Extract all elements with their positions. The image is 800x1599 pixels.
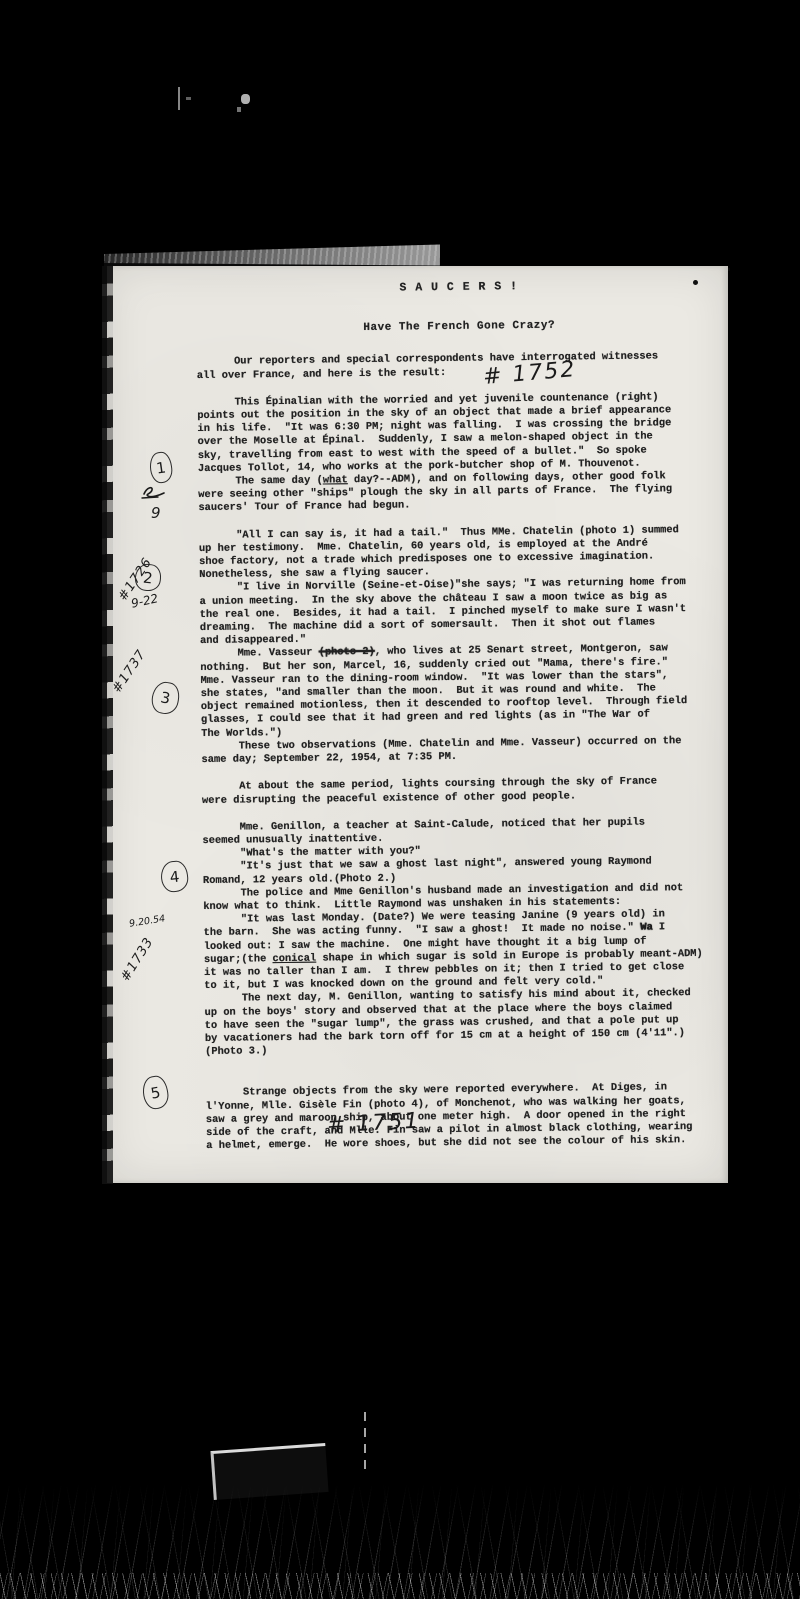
document-title: S A U C E R S ! xyxy=(196,278,722,298)
document-body-text: S A U C E R S ! Have The French Gone Cra… xyxy=(196,278,733,1154)
handwritten-annotation-ref-1733: #1733 xyxy=(118,935,157,984)
text-segment: Strange objects from the sky were report… xyxy=(206,1082,693,1152)
text-segment: Our reporters and special correspondents… xyxy=(197,351,659,382)
paragraph: Mme. Genillon, a teacher at Saint-Calude… xyxy=(202,815,731,1059)
microfilm-scan-background: S A U C E R S ! Have The French Gone Cra… xyxy=(0,0,800,1599)
handwritten-annotation-ref-1751: # 1751 xyxy=(326,1109,421,1139)
paragraph: These two observations (Mme. Chatelin an… xyxy=(201,734,727,767)
paragraph: "All I can say is, it had a tail." Thus … xyxy=(199,523,726,582)
page-torn-left-edge xyxy=(102,266,113,1184)
handwritten-annotation-mark-9: 9 xyxy=(151,504,161,522)
scan-artifact-speck xyxy=(241,94,250,104)
text-segment: Mme. Vasseur xyxy=(200,647,319,660)
ink-dot-artifact xyxy=(693,280,698,285)
paragraph: This Épinalian with the worried and yet … xyxy=(197,390,724,476)
text-segment: (photo 2) xyxy=(319,646,375,659)
scan-artifact-speck xyxy=(237,107,241,112)
text-segment: "All I can say is, it had a tail." Thus … xyxy=(199,524,679,581)
paragraph: The same day (what day?--ADM), and on fo… xyxy=(198,470,724,516)
film-scratch-band-dense xyxy=(0,1573,800,1599)
handwritten-annotation-circle-2: 2 xyxy=(134,563,163,593)
handwritten-annotation-circle-4: 4 xyxy=(159,860,189,894)
handwritten-annotation-ref-1737: #1737 xyxy=(110,647,150,696)
scanned-page: S A U C E R S ! Have The French Gone Cra… xyxy=(107,266,728,1183)
paragraph: Mme. Vasseur (photo 2), who lives at 25 … xyxy=(200,642,727,741)
paragraph: At about the same period, lights coursin… xyxy=(202,775,728,808)
handwritten-annotation-circle-3: 3 xyxy=(149,680,181,716)
scan-artifact-speck xyxy=(178,87,180,110)
text-segment: what xyxy=(323,474,348,486)
text-segment: Wa xyxy=(640,922,653,934)
scan-artifact-speck xyxy=(186,97,191,100)
text-segment: "I live in Norville (Seine-et-Oise)"she … xyxy=(199,577,686,648)
text-segment: conical xyxy=(272,952,316,965)
scan-artifact-scratch-line xyxy=(364,1412,366,1474)
text-segment: The same day ( xyxy=(198,475,323,489)
handwritten-annotation-circle-5: 5 xyxy=(140,1074,170,1111)
paragraph: Our reporters and special correspondents… xyxy=(197,350,723,383)
document-subtitle: Have The French Gone Crazy? xyxy=(196,318,722,338)
paragraph: "I live in Norville (Seine-et-Oise)"she … xyxy=(199,576,726,648)
scan-artifact-scratch-line xyxy=(327,62,329,116)
handwritten-annotation-circle-1: 1 xyxy=(148,451,174,485)
scan-artifact-scratch-line xyxy=(344,60,346,100)
text-segment: Mme. Genillon, a teacher at Saint-Calude… xyxy=(202,816,683,939)
text-segment: These two observations (Mme. Chatelin an… xyxy=(201,735,681,766)
text-segment: At about the same period, lights coursin… xyxy=(202,776,657,807)
text-segment: This Épinalian with the worried and yet … xyxy=(197,391,671,475)
correction-squiggle-mark xyxy=(140,485,166,500)
handwritten-annotation-date-9-20-54: 9.20.54 xyxy=(128,913,166,930)
paragraph: Strange objects from the sky were report… xyxy=(206,1081,733,1153)
